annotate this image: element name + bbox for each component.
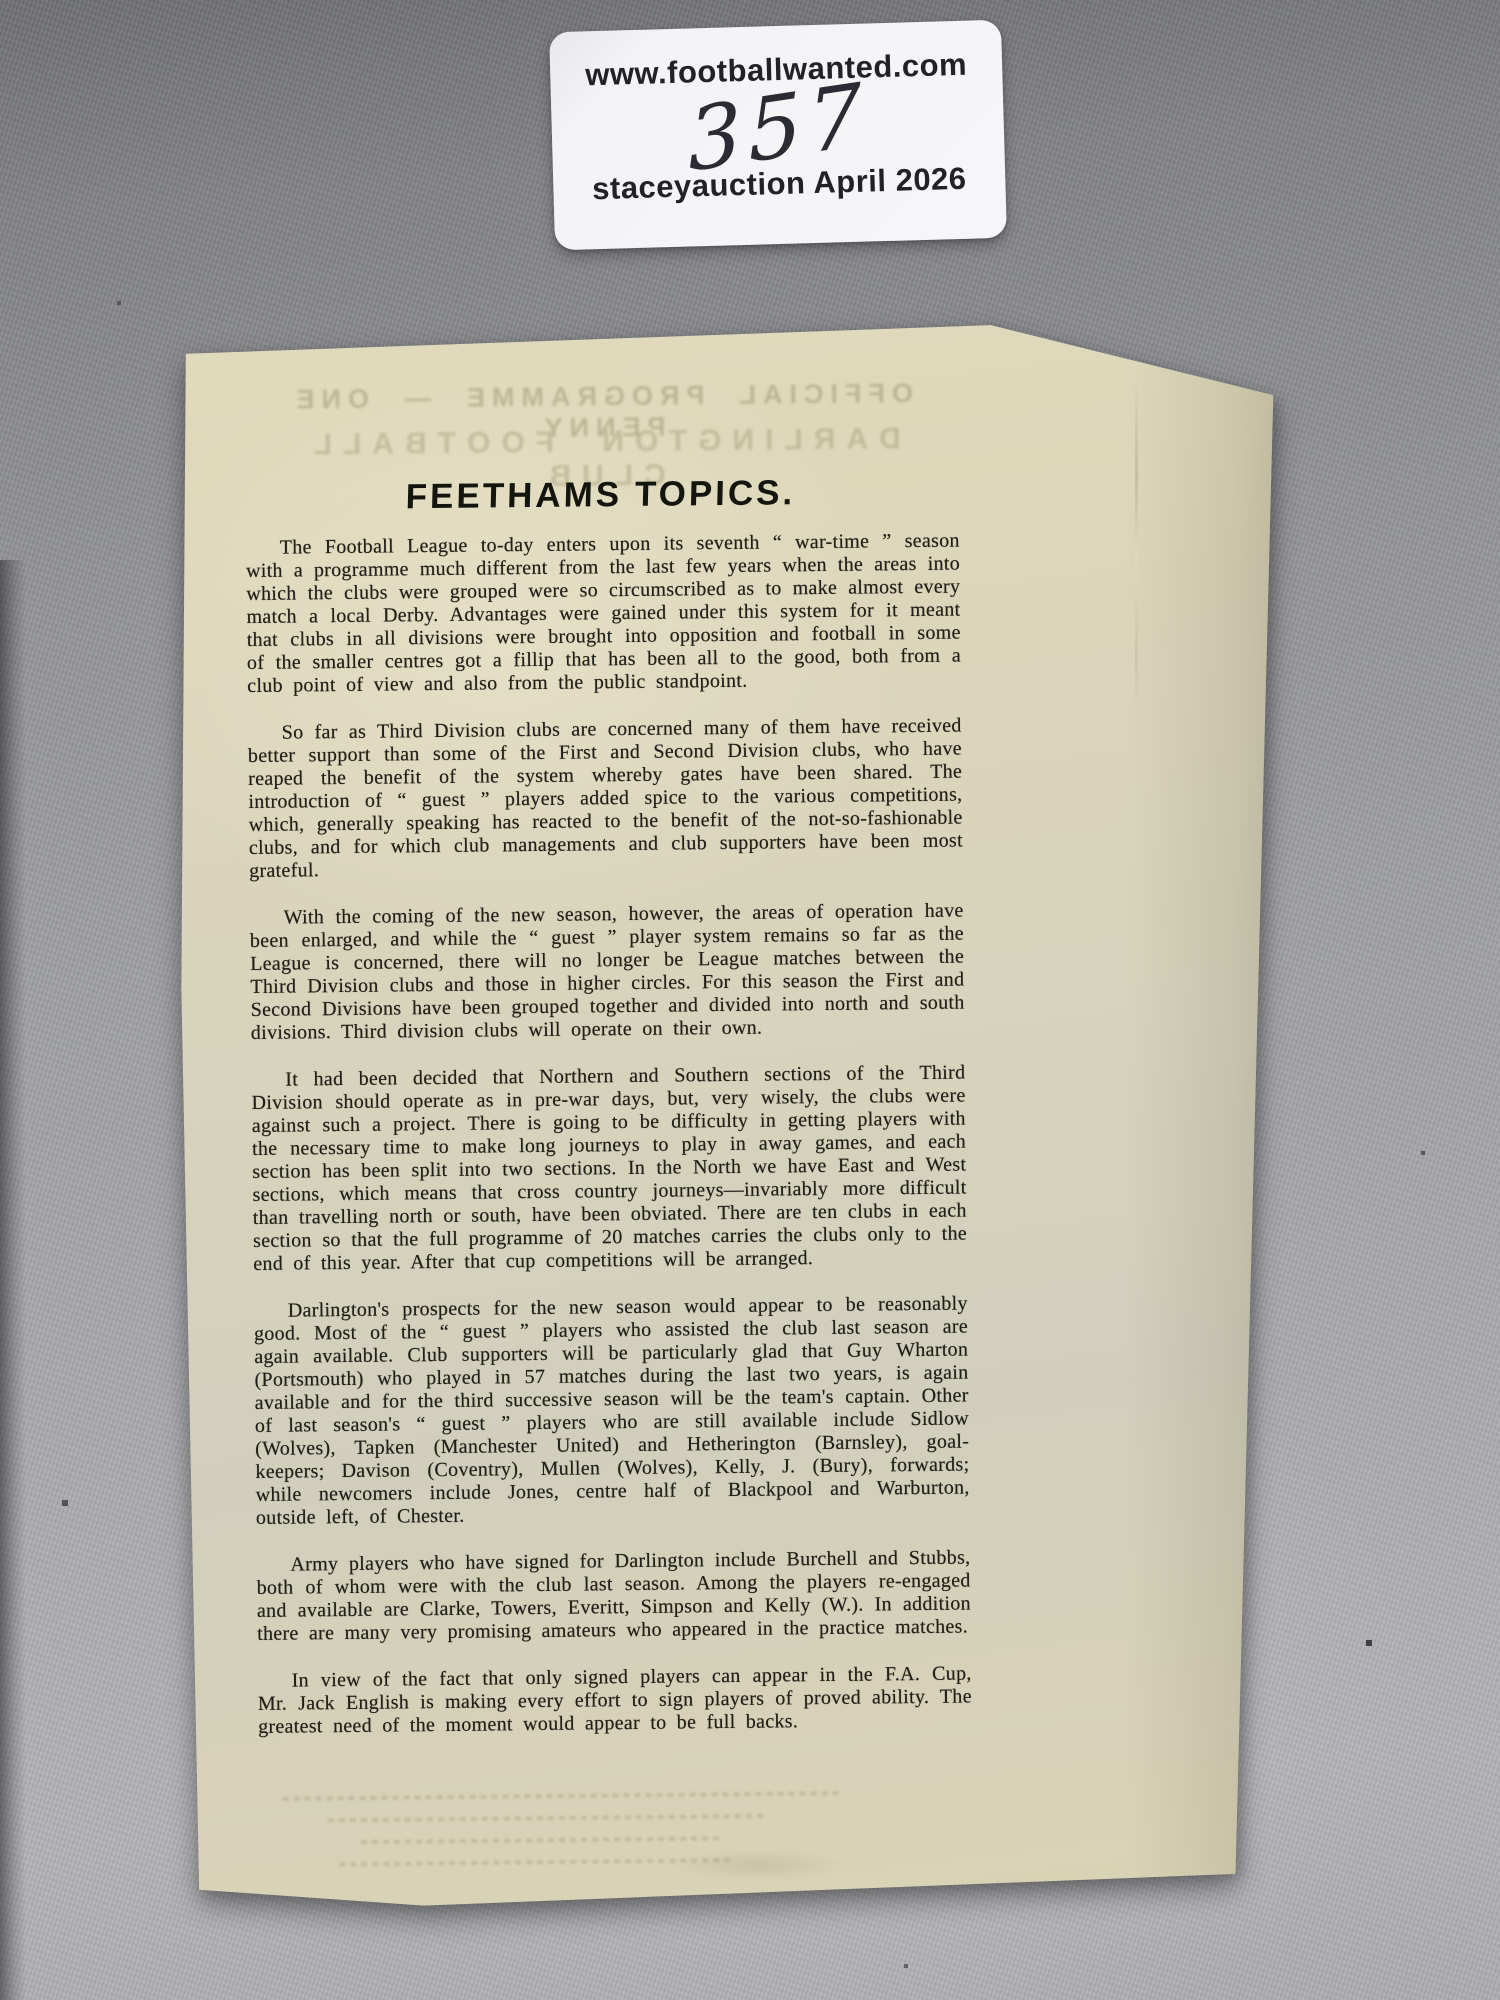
article-paragraph: With the coming of the new season, howev… xyxy=(250,899,965,1044)
fabric-lint-specks xyxy=(0,0,2,2)
paper-crease-vertical xyxy=(1135,377,1138,707)
article-body: The Football League to-day enters upon i… xyxy=(246,530,973,1739)
photo-of-programme: { "label": { "url": "www.footballwanted.… xyxy=(0,0,1500,2000)
page-title: FEETHAMS TOPICS. xyxy=(243,369,960,519)
article-paragraph: The Football League to-day enters upon i… xyxy=(246,530,962,698)
programme-page-wrapper: OFFICIAL PROGRAMME — ONE PENNY DARLINGTO… xyxy=(168,322,1280,1912)
paper-crease-bottom xyxy=(648,1842,868,1888)
programme-page: OFFICIAL PROGRAMME — ONE PENNY DARLINGTO… xyxy=(168,322,1280,1912)
article-paragraph: Darlington's prospects for the new seaso… xyxy=(254,1292,970,1529)
fabric-shadow-fold xyxy=(0,560,26,2000)
article-paragraph: So far as Third Division clubs are conce… xyxy=(248,715,964,883)
article-paragraph: It had been decided that Northern and So… xyxy=(251,1061,967,1275)
auction-label: www.footballwanted.com 357 staceyauction… xyxy=(549,20,1007,251)
article-paragraph: Army players who have signed for Darling… xyxy=(256,1546,971,1645)
page-content: OFFICIAL PROGRAMME — ONE PENNY DARLINGTO… xyxy=(244,370,972,1763)
article-paragraph: In view of the fact that only signed pla… xyxy=(258,1662,973,1738)
